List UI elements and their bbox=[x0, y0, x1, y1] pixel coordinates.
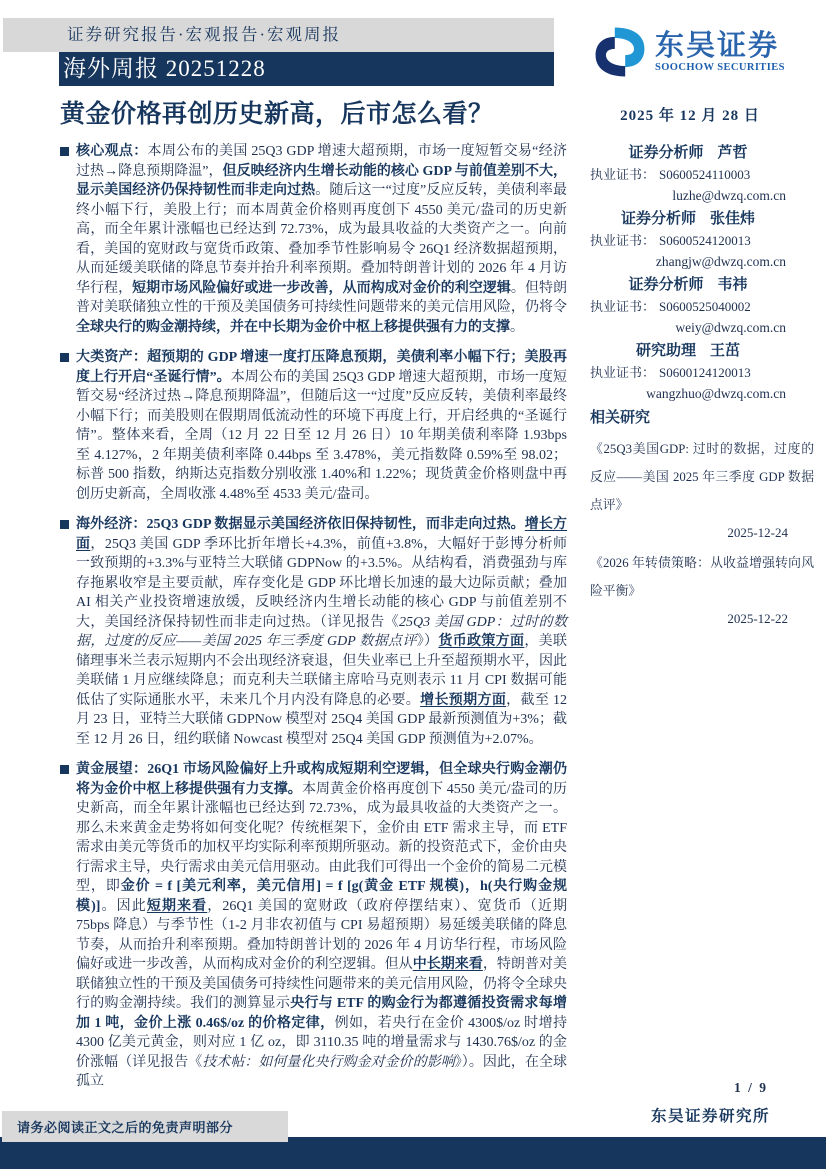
research-institute: 东吴证券研究所 bbox=[651, 1104, 770, 1126]
analyst-role: 证券分析师 bbox=[628, 275, 703, 296]
related-research-link[interactable]: 《2026 年转债策略：从收益增强转向风险平衡》 bbox=[590, 549, 814, 605]
analyst-email[interactable]: luzhe@dwzq.com.cn bbox=[590, 185, 786, 206]
disclaimer-text: 请务必阅读正文之后的免责声明部分 bbox=[17, 1117, 233, 1136]
related-research-item: 《2026 年转债策略：从收益增强转向风险平衡》 2025-12-22 bbox=[590, 549, 814, 633]
page-title: 黄金价格再创历史新高，后市怎么看？ bbox=[60, 94, 572, 130]
bullet-square-icon bbox=[60, 353, 69, 362]
analyst-email[interactable]: weiy@dwzq.com.cn bbox=[590, 317, 786, 338]
analyst-cert: 执业证书：S0600525040002 bbox=[590, 296, 786, 317]
analyst-cert: 执业证书：S0600524110003 bbox=[590, 164, 786, 185]
bullet-asset-classes: 大类资产：超预期的 GDP 增速一度打压降息预期，美债利率小幅下行；美股再度上行… bbox=[60, 348, 567, 504]
analyst-email[interactable]: wangzhuo@dwzq.com.cn bbox=[590, 383, 786, 404]
related-research: 相关研究 《25Q3美国GDP: 过时的数据，过度的反应——美国 2025 年三… bbox=[590, 406, 814, 635]
bullet-core-view: 核心观点：本周公布的美国 25Q3 GDP 增速大超预期，市场一度短暂交易“经济… bbox=[60, 142, 567, 337]
brand-logo: 东吴证券 SOOCHOW SECURITIES bbox=[594, 26, 785, 78]
analyst-cert: 执业证书：S0600524120013 bbox=[590, 230, 786, 251]
cert-number: S0600124120013 bbox=[659, 365, 751, 380]
bullet-square-icon bbox=[60, 520, 69, 529]
analyst-name: 张佳炜 bbox=[710, 209, 755, 230]
eyebrow-band: 证券研究报告·宏观报告·宏观周报 bbox=[3, 18, 554, 52]
bullet-paragraph: 核心观点：本周公布的美国 25Q3 GDP 增速大超预期，市场一度短暂交易“经济… bbox=[76, 142, 567, 337]
analyst-email[interactable]: zhangjw@dwzq.com.cn bbox=[590, 251, 786, 272]
bullet-paragraph: 黄金展望：26Q1 市场风险偏好上升或构成短期利空逻辑，但全球央行购金潮仍将为金… bbox=[76, 760, 567, 1092]
analyst-cert: 执业证书：S0600124120013 bbox=[590, 362, 786, 383]
related-research-item: 《25Q3美国GDP: 过时的数据，过度的反应——美国 2025 年三季度 GD… bbox=[590, 435, 814, 547]
report-body: 核心观点：本周公布的美国 25Q3 GDP 增速大超预期，市场一度短暂交易“经济… bbox=[60, 142, 567, 1103]
cert-label: 执业证书： bbox=[590, 167, 655, 182]
brand-name-en: SOOCHOW SECURITIES bbox=[655, 62, 785, 73]
related-research-date: 2025-12-22 bbox=[590, 605, 814, 633]
analyst-role: 证券分析师 bbox=[621, 209, 696, 230]
analyst-list: 证券分析师 芦哲 执业证书：S0600524110003 luzhe@dwzq.… bbox=[590, 143, 786, 407]
analyst-role-name: 研究助理 王茁 bbox=[590, 341, 786, 362]
series-bar: 海外周报 20251228 bbox=[59, 52, 554, 86]
report-date: 2025 年 12 月 28 日 bbox=[594, 104, 786, 125]
analyst-role-name: 证券分析师 韦祎 bbox=[590, 275, 786, 296]
bullet-paragraph: 大类资产：超预期的 GDP 增速一度打压降息预期，美债利率小幅下行；美股再度上行… bbox=[76, 348, 567, 504]
bullet-overseas-economy: 海外经济：25Q3 GDP 数据显示美国经济依旧保持韧性，而非走向过热。增长方面… bbox=[60, 515, 567, 749]
cert-label: 执业证书： bbox=[590, 365, 655, 380]
cert-number: S0600524110003 bbox=[659, 167, 750, 182]
disclaimer-box: 请务必阅读正文之后的免责声明部分 bbox=[2, 1111, 288, 1142]
related-research-title: 相关研究 bbox=[590, 406, 814, 427]
series-title: 海外周报 20251228 bbox=[59, 52, 554, 86]
related-research-date: 2025-12-24 bbox=[590, 519, 814, 547]
analyst-block: 证券分析师 张佳炜 执业证书：S0600524120013 zhangjw@dw… bbox=[590, 209, 786, 272]
analyst-role-name: 证券分析师 张佳炜 bbox=[590, 209, 786, 230]
report-category: 证券研究报告·宏观报告·宏观周报 bbox=[3, 18, 554, 52]
cert-label: 执业证书： bbox=[590, 299, 655, 314]
bullet-paragraph: 海外经济：25Q3 GDP 数据显示美国经济依旧保持韧性，而非走向过热。增长方面… bbox=[76, 515, 567, 749]
brand-text: 东吴证券 SOOCHOW SECURITIES bbox=[655, 31, 785, 72]
cert-number: S0600524120013 bbox=[659, 233, 751, 248]
cert-number: S0600525040002 bbox=[659, 299, 751, 314]
analyst-block: 证券分析师 韦祎 执业证书：S0600525040002 weiy@dwzq.c… bbox=[590, 275, 786, 338]
related-research-link[interactable]: 《25Q3美国GDP: 过时的数据，过度的反应——美国 2025 年三季度 GD… bbox=[590, 435, 814, 519]
page-number: 1 / 9 bbox=[734, 1080, 768, 1096]
analyst-block: 证券分析师 芦哲 执业证书：S0600524110003 luzhe@dwzq.… bbox=[590, 143, 786, 206]
analyst-block: 研究助理 王茁 执业证书：S0600124120013 wangzhuo@dwz… bbox=[590, 341, 786, 404]
cert-label: 执业证书： bbox=[590, 233, 655, 248]
bullet-square-icon bbox=[60, 765, 69, 774]
soochow-logo-icon bbox=[594, 26, 646, 78]
brand-name-cn: 东吴证券 bbox=[655, 31, 785, 61]
analyst-name: 芦哲 bbox=[718, 143, 748, 164]
analyst-role-name: 证券分析师 芦哲 bbox=[590, 143, 786, 164]
analyst-role: 研究助理 bbox=[636, 341, 696, 362]
bullet-gold-outlook: 黄金展望：26Q1 市场风险偏好上升或构成短期利空逻辑，但全球央行购金潮仍将为金… bbox=[60, 760, 567, 1092]
report-page: 证券研究报告·宏观报告·宏观周报 海外周报 20251228 黄金价格再创历史新… bbox=[0, 0, 826, 1169]
analyst-name: 韦祎 bbox=[718, 275, 748, 296]
analyst-role: 证券分析师 bbox=[628, 143, 703, 164]
analyst-name: 王茁 bbox=[710, 341, 740, 362]
bullet-square-icon bbox=[60, 147, 69, 156]
